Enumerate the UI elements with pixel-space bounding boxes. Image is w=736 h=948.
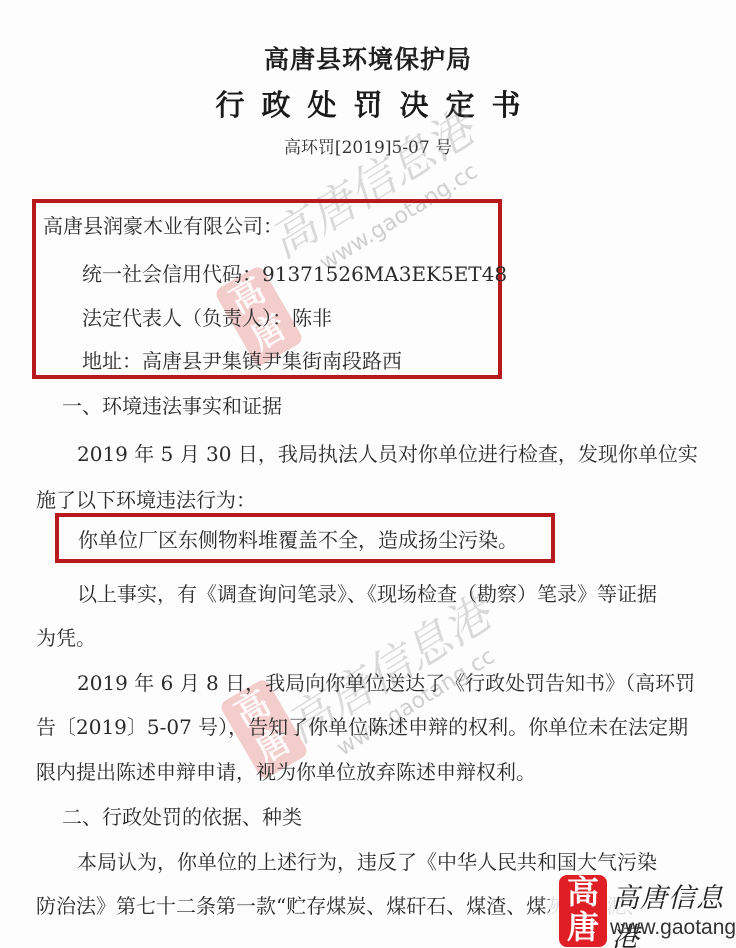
party-name: 高唐县润豪木业有限公司： bbox=[43, 210, 283, 239]
section1-para2-line1: 以上事实，有《调查询问笔录》、《现场检查（勘察）笔录》等证据 bbox=[77, 578, 657, 607]
legal-representative: 法定代表人（负责人）：陈非 bbox=[82, 302, 332, 331]
section1-para1-line2: 施了以下环境违法行为： bbox=[36, 484, 256, 513]
logo-url: www.gaotang.cc bbox=[610, 916, 736, 940]
logo-url-main: www.gaotang. bbox=[610, 916, 736, 939]
section2-heading: 二、行政处罚的依据、种类 bbox=[62, 801, 302, 830]
party-address: 地址：高唐县尹集镇尹集街南段路西 bbox=[82, 345, 402, 374]
credit-code: 统一社会信用代码：91371526MA3EK5ET48 bbox=[82, 258, 507, 287]
section1-heading: 一、环境违法事实和证据 bbox=[62, 390, 282, 419]
logo-seal: 高 唐 bbox=[559, 875, 607, 947]
section1-para3-line2: 告〔2019〕5-07 号），告知了你单位陈述申辩的权利。你单位未在法定期 bbox=[36, 711, 688, 740]
document-number: 高环罚[2019]5-07 号 bbox=[0, 133, 736, 158]
watermark-url: www.gaotang.cc bbox=[332, 634, 515, 761]
document-title: 行政处罚决定书 bbox=[0, 83, 736, 124]
logo-seal-char-1: 高 bbox=[559, 875, 607, 910]
section1-para2-line2: 为凭。 bbox=[36, 622, 96, 651]
section1-para1-line1: 2019 年 5 月 30 日，我局执法人员对你单位进行检查，发现你单位实 bbox=[77, 438, 698, 467]
section1-para3-line1: 2019 年 6 月 8 日，我局向你单位送达了《行政处罚告知书》（高环罚 bbox=[77, 667, 695, 696]
logo-seal-char-2: 唐 bbox=[559, 910, 607, 945]
violation-text: 你单位厂区东侧物料堆覆盖不全，造成扬尘污染。 bbox=[78, 524, 518, 553]
section2-para1-line1: 本局认为，你单位的上述行为，违反了《中华人民共和国大气污染 bbox=[77, 846, 657, 875]
section1-para3-line3: 限内提出陈述申辩申请，视为你单位放弃陈述申辩权利。 bbox=[36, 756, 536, 785]
agency-name: 高唐县环境保护局 bbox=[0, 40, 736, 76]
